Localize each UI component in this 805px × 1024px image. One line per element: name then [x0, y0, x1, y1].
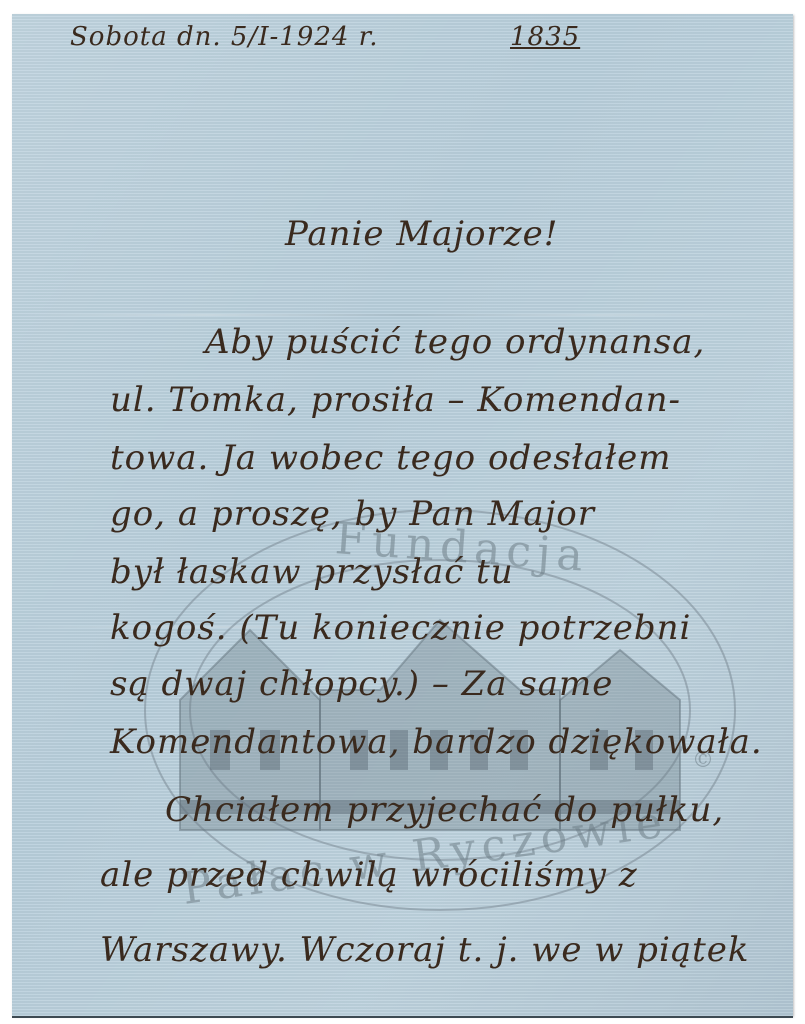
- salutation: Panie Majorze!: [285, 214, 558, 254]
- letter-line: są dwaj chłopcy.) – Za same: [110, 664, 613, 704]
- letter-line: go, a proszę, by Pan Major: [110, 494, 595, 534]
- paper-fold: [12, 314, 793, 316]
- letter-line: Komendantowa, bardzo dziękowała.: [110, 722, 763, 762]
- dateline: Sobota dn. 5/I-1924 r.: [70, 22, 379, 52]
- letter-line: Aby puścić tego ordynansa,: [205, 322, 705, 362]
- letter-line: towa. Ja wobec tego odesłałem: [110, 438, 671, 478]
- letter-line: ul. Tomka, prosiła – Komendan-: [110, 380, 681, 420]
- letter-line: Chciałem przyjechać do pułku,: [165, 790, 724, 830]
- letter-line: Warszawy. Wczoraj t. j. we w piątek: [100, 930, 749, 970]
- letter-line: ale przed chwilą wróciliśmy z: [100, 855, 638, 895]
- letter-line: był łaskaw przysłać tu: [110, 552, 514, 592]
- letter-line: kogoś. (Tu koniecznie potrzebni: [110, 608, 691, 648]
- archive-number: 1835: [510, 22, 580, 52]
